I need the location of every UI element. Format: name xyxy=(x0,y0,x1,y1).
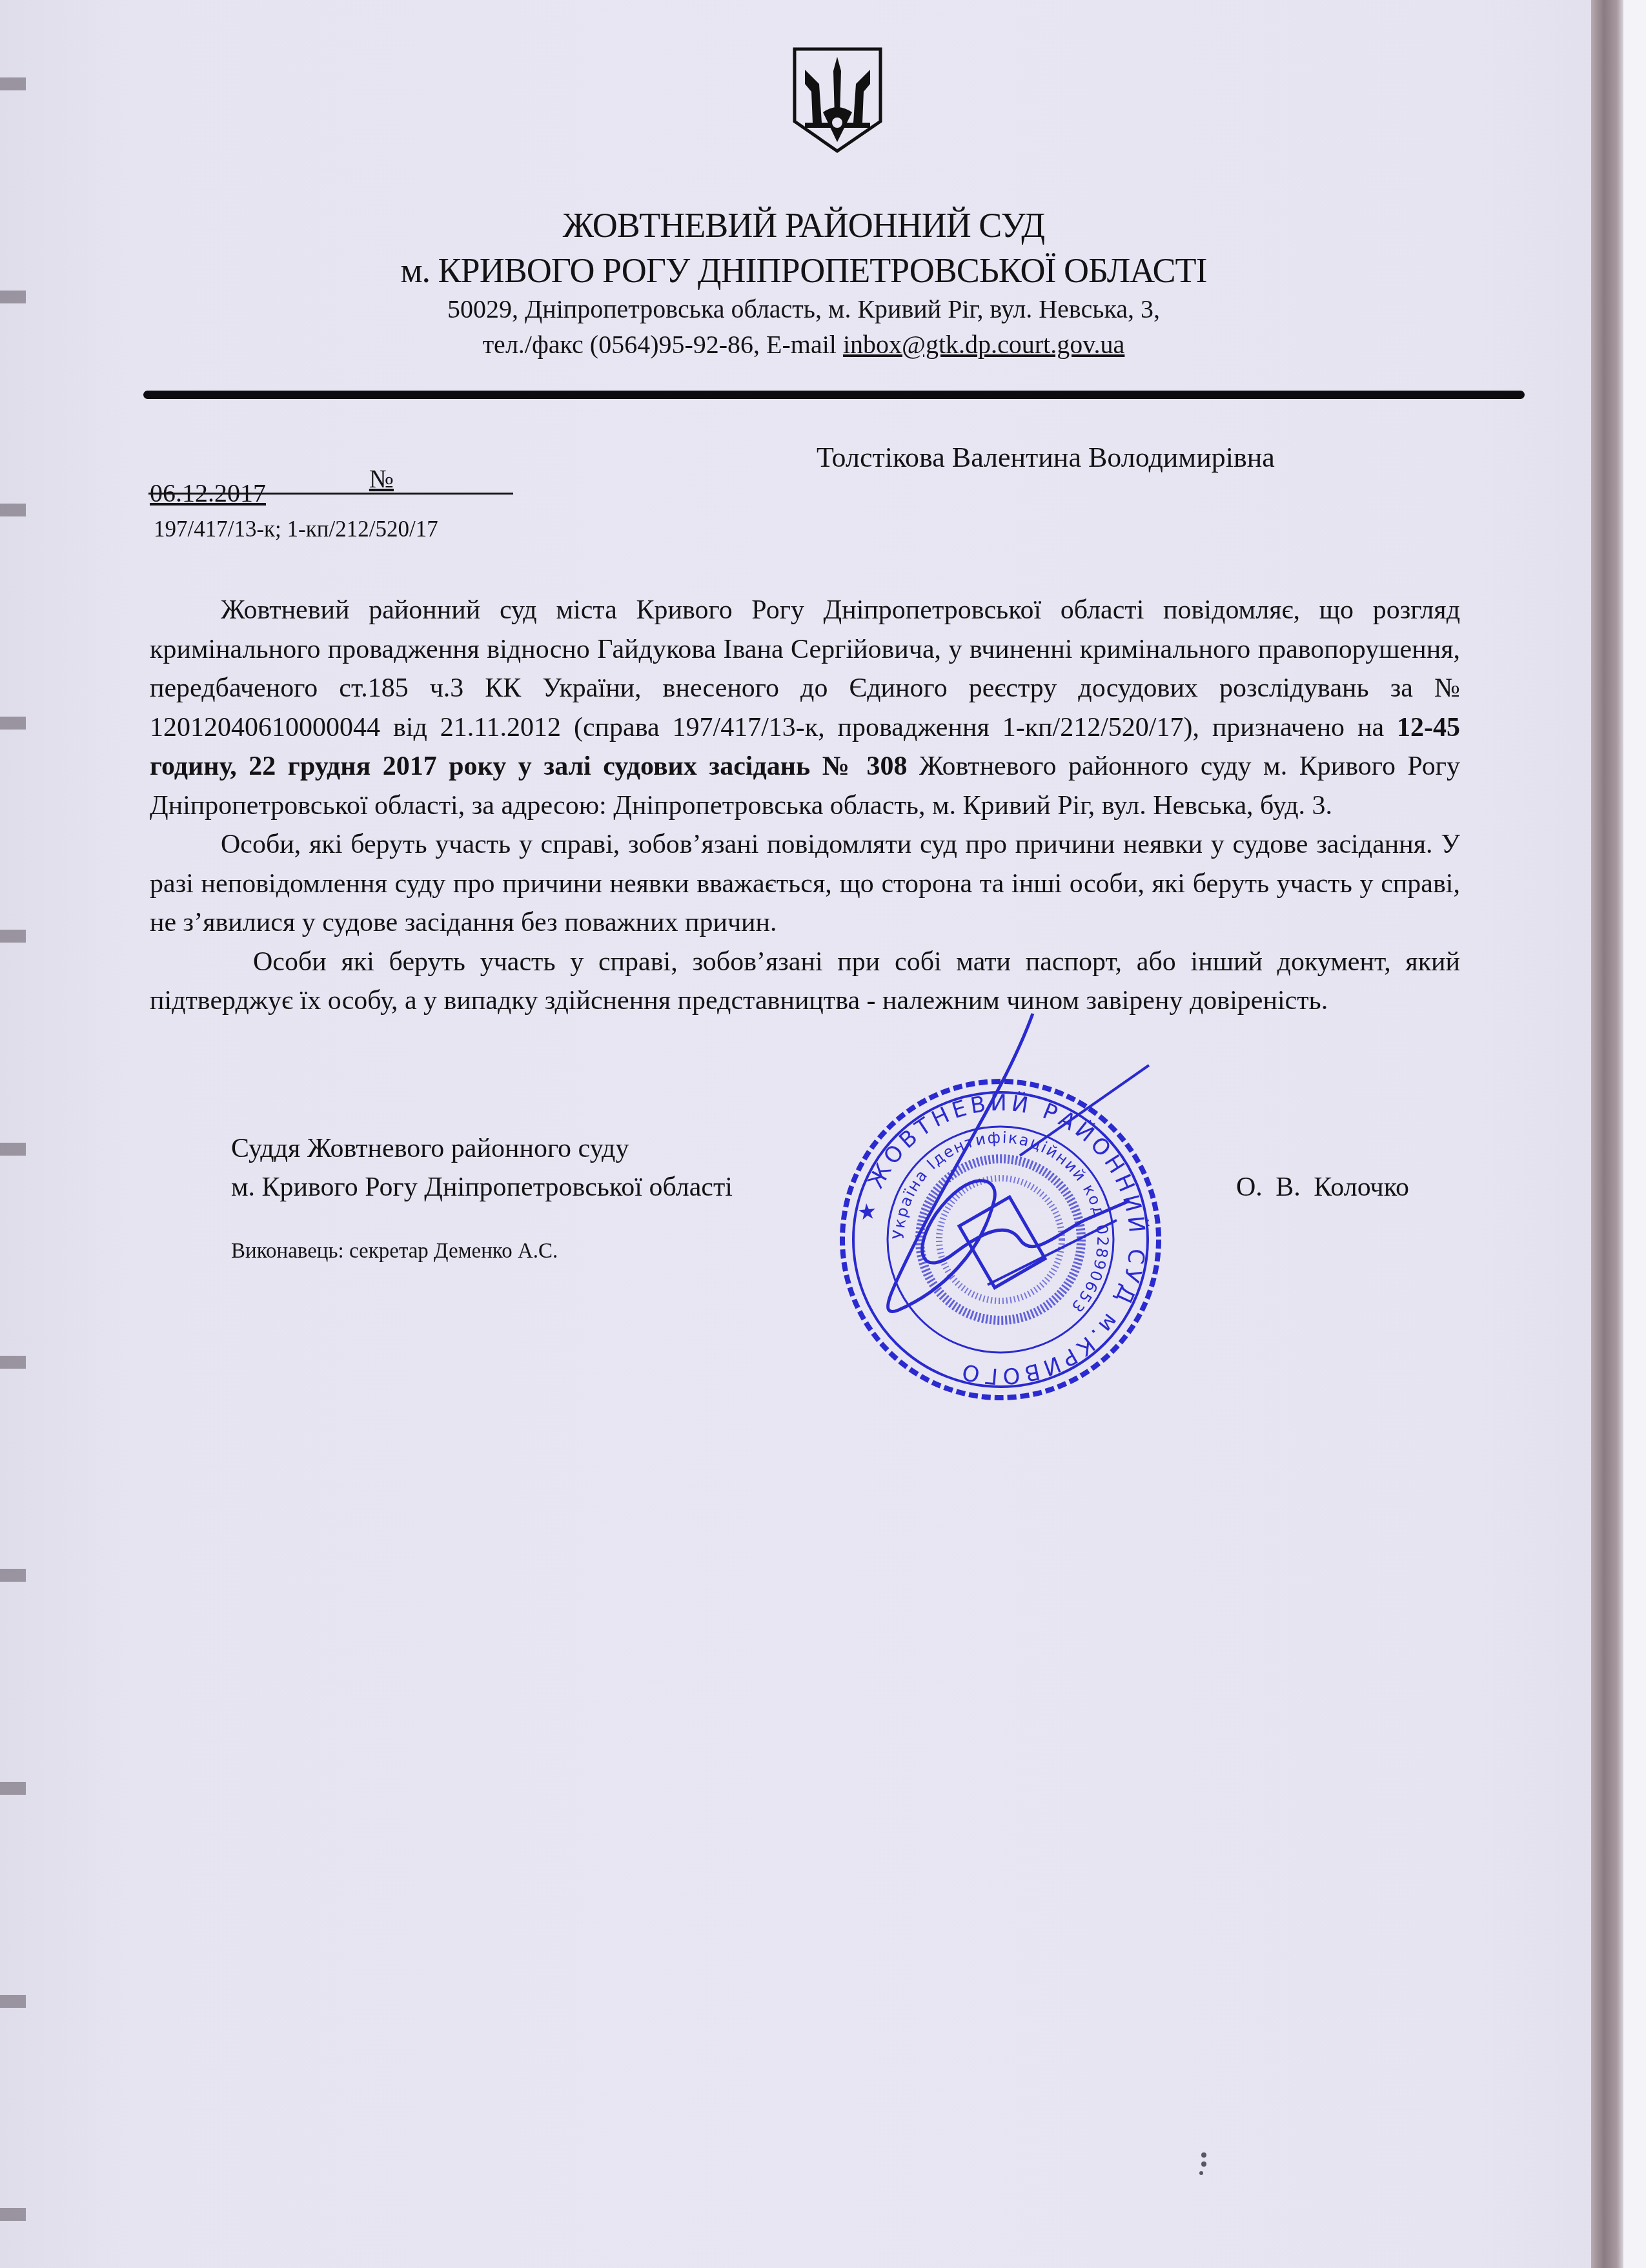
court-city: м. КРИВОГО РОГУ ДНІПРОПЕТРОВСЬКОЇ ОБЛАСТ… xyxy=(0,250,1607,291)
court-contacts: тел./факс (0564)95-92-86, E-mail inbox@g… xyxy=(0,329,1607,360)
coat-of-arms-icon xyxy=(791,45,884,155)
paragraph-absence: Особи, які беруть участь у справі, зобов… xyxy=(150,825,1460,943)
hearing-text: Жовтневий районний суд міста Кривого Рог… xyxy=(150,595,1460,742)
judge-title-line2: м. Кривого Рогу Дніпропетровської област… xyxy=(231,1172,733,1203)
paragraph-documents: Особи які беруть участь у справі, зобов’… xyxy=(150,943,1460,1021)
court-address: 50029, Дніпропетровська область, м. Крив… xyxy=(0,294,1607,324)
judge-signature-icon xyxy=(839,1007,1162,1369)
scan-margin xyxy=(1623,0,1646,2268)
executor-line: Виконавець: секретар Деменко А.С. xyxy=(231,1240,558,1263)
scan-specks xyxy=(1197,2150,1210,2189)
document-date: 06.12.2017 xyxy=(150,478,266,508)
header-divider xyxy=(143,391,1525,399)
case-numbers: 197/417/13-к; 1-кп/212/520/17 xyxy=(154,516,438,542)
judge-title-line1: Суддя Жовтневого районного суду xyxy=(231,1133,629,1164)
addressee: Толстікова Валентина Володимирівна xyxy=(817,441,1275,474)
court-name: ЖОВТНЕВИЙ РАЙОННИЙ СУД xyxy=(0,205,1607,245)
notice-body: Жовтневий районний суд міста Кривого Рог… xyxy=(150,591,1460,1021)
paragraph-hearing: Жовтневий районний суд міста Кривого Рог… xyxy=(150,591,1460,825)
number-label: № xyxy=(369,464,394,493)
contacts-phone: тел./факс (0564)95-92-86, E-mail xyxy=(483,330,843,359)
judge-name: О. В. Колочко xyxy=(1236,1172,1409,1203)
email-link[interactable]: inbox@gtk.dp.court.gov.ua xyxy=(843,330,1124,359)
